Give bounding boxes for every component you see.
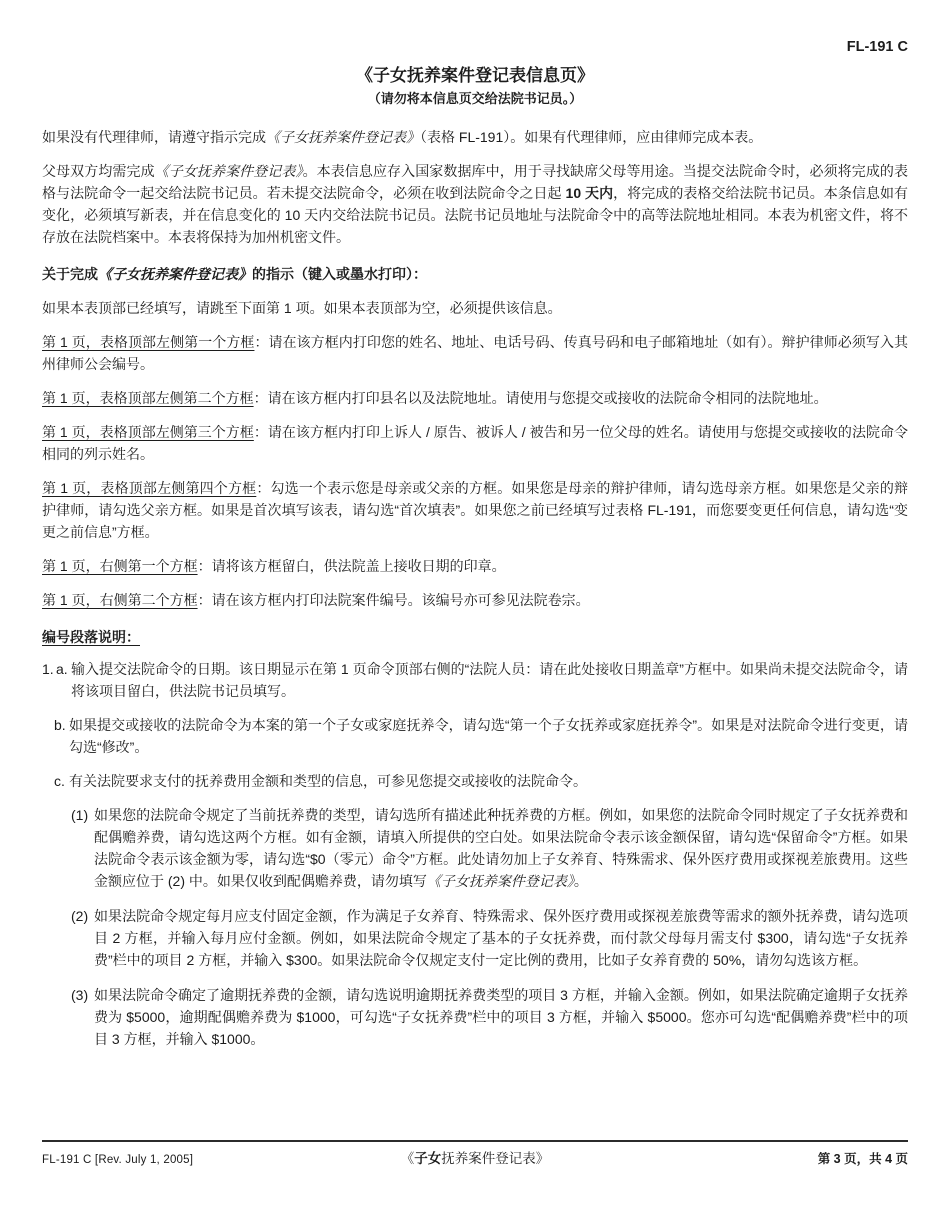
item-c-letter: c. bbox=[54, 770, 69, 792]
list-item-c2: (2) 如果法院命令规定每月应支付固定金额，作为满足子女养育、特殊需求、保外医疗… bbox=[71, 905, 908, 971]
list-item-c1: (1) 如果您的法院命令规定了当前抚养费的类型，请勾选所有描述此种抚养费的方框。… bbox=[71, 804, 908, 892]
right-box-2-colon: ： bbox=[198, 592, 212, 608]
intro-paragraph-1: 如果没有代理律师，请遵守指示完成《子女抚养案件登记表》（表格 FL-191）。如… bbox=[42, 126, 908, 148]
box-3-lead: 第 1 页，表格顶部左侧第三个方框 bbox=[42, 424, 254, 440]
intro-p2-pre: 父母双方均需完成 bbox=[42, 163, 155, 179]
intro-p1-post: （表格 FL-191）。如果有代理律师，应由律师完成本表。 bbox=[420, 129, 762, 145]
instructions-heading: 关于完成《子女抚养案件登记表》的指示（键入或墨水打印）： bbox=[42, 263, 908, 285]
intro-paragraph-2: 父母双方均需完成《子女抚养案件登记表》。本表信息应存入国家数据库中，用于寻找缺席… bbox=[42, 160, 908, 248]
footer-title-open: 《 bbox=[401, 1151, 415, 1166]
list-item-b: b. 如果提交或接收的法院命令为本案的第一个子女或家庭抚养令，请勾选“第一个子女… bbox=[54, 714, 908, 758]
form-name-italic: 《子女抚养案件登记表》 bbox=[155, 163, 303, 179]
item-c1-post: 。 bbox=[574, 873, 588, 889]
intro-p1-pre: 如果没有代理律师，请遵守指示完成 bbox=[42, 129, 266, 145]
footer-form-revision: FL-191 C [Rev. July 1, 2005] bbox=[42, 1149, 313, 1171]
item-a-letter: a. bbox=[56, 658, 71, 702]
right-box-1-lead: 第 1 页，右侧第一个方框 bbox=[42, 558, 198, 574]
item-1-number: 1. bbox=[42, 658, 56, 702]
page-title: 《子女抚养案件登记表信息页》 bbox=[42, 64, 908, 88]
box-1-colon: ： bbox=[254, 334, 268, 350]
right-box-2-lead: 第 1 页，右侧第二个方框 bbox=[42, 592, 198, 608]
instructions-heading-post: 的指示（键入或墨水打印）： bbox=[252, 266, 427, 282]
form-name-italic: 《子女抚养案件登记表》 bbox=[266, 129, 420, 145]
item-1a-text: 输入提交法院命令的日期。该日期显示在第 1 页命令顶部右侧的“法院人员：请在此处… bbox=[71, 658, 908, 702]
item-c3-number: (3) bbox=[71, 984, 94, 1050]
box-2-lead: 第 1 页，表格顶部左侧第二个方框 bbox=[42, 390, 254, 406]
box-2-text: 请在该方框内打印县名以及法院地址。请使用与您提交或接收的法院命令相同的法院地址。 bbox=[268, 390, 828, 406]
box-3-colon: ： bbox=[254, 424, 268, 440]
box-1-lead: 第 1 页，表格顶部左侧第一个方框 bbox=[42, 334, 254, 350]
box-4-colon: ： bbox=[256, 480, 270, 496]
right-box-1-text: 请将该方框留白，供法院盖上接收日期的印章。 bbox=[212, 558, 506, 574]
form-name-italic: 《子女抚养案件登记表》 bbox=[427, 873, 574, 889]
ten-days-bold: 10 天内 bbox=[566, 185, 614, 201]
instructions-note: 如果本表顶部已经填写，请跳至下面第 1 项。如果本表顶部为空，必须提供该信息。 bbox=[42, 297, 908, 319]
item-b-text: 如果提交或接收的法院命令为本案的第一个子女或家庭抚养令，请勾选“第一个子女抚养或… bbox=[69, 714, 908, 758]
item-c3-pre: 如果法院命令确定了逾期抚养费的金额，请勾选说明逾期抚养费类型的项目 3 方框，并… bbox=[94, 987, 908, 1047]
page-content: FL-191 C 《子女抚养案件登记表信息页》 （请勿将本信息页交给法院书记员。… bbox=[0, 0, 950, 1050]
right-box-1-colon: ： bbox=[198, 558, 212, 574]
form-name-bold-italic: 《子女抚养案件登记表》 bbox=[98, 266, 252, 282]
item-c1-text: 如果您的法院命令规定了当前抚养费的类型，请勾选所有描述此种抚养费的方框。例如，如… bbox=[94, 804, 908, 892]
right-box-2-text: 请在该方框内打印法院案件编号。该编号亦可参见法院卷宗。 bbox=[212, 592, 590, 608]
numbered-paragraphs-heading: 编号段落说明： bbox=[42, 626, 908, 648]
list-item-c: c. 有关法院要求支付的抚养费用金额和类型的信息，可参见您提交或接收的法院命令。 bbox=[54, 770, 908, 792]
form-number: FL-191 C bbox=[42, 0, 908, 58]
box-instruction-right-2: 第 1 页，右侧第二个方框：请在该方框内打印法院案件编号。该编号亦可参见法院卷宗… bbox=[42, 589, 908, 611]
list-item-c3: (3) 如果法院命令确定了逾期抚养费的金额，请勾选说明逾期抚养费类型的项目 3 … bbox=[71, 984, 908, 1050]
box-instruction-right-1: 第 1 页，右侧第一个方框：请将该方框留白，供法院盖上接收日期的印章。 bbox=[42, 555, 908, 577]
item-c2-text: 如果法院命令规定每月应支付固定金额，作为满足子女养育、特殊需求、保外医疗费用或探… bbox=[94, 905, 908, 971]
footer-form-title: 《子女抚养案件登记表》 bbox=[313, 1148, 638, 1170]
box-instruction-3: 第 1 页，表格顶部左侧第三个方框：请在该方框内打印上诉人 / 原告、被诉人 /… bbox=[42, 421, 908, 465]
item-c-text: 有关法院要求支付的抚养费用金额和类型的信息，可参见您提交或接收的法院命令。 bbox=[69, 770, 908, 792]
box-4-lead: 第 1 页，表格顶部左侧第四个方框 bbox=[42, 480, 256, 496]
page-footer: FL-191 C [Rev. July 1, 2005] 《子女抚养案件登记表》… bbox=[42, 1140, 908, 1171]
footer-title-bold: 子女 bbox=[414, 1151, 441, 1166]
box-2-colon: ： bbox=[254, 390, 268, 406]
item-c3-text: 如果法院命令确定了逾期抚养费的金额，请勾选说明逾期抚养费类型的项目 3 方框，并… bbox=[94, 984, 908, 1050]
item-c2-pre: 如果法院命令规定每月应支付固定金额，作为满足子女养育、特殊需求、保外医疗费用或探… bbox=[94, 908, 908, 968]
footer-title-rest: 抚养案件登记表》 bbox=[441, 1151, 549, 1166]
document-page: FL-191 C 《子女抚养案件登记表信息页》 （请勿将本信息页交给法院书记员。… bbox=[0, 0, 950, 1230]
item-b-letter: b. bbox=[54, 714, 69, 758]
box-instruction-4: 第 1 页，表格顶部左侧第四个方框：勾选一个表示您是母亲或父亲的方框。如果您是母… bbox=[42, 477, 908, 543]
footer-page-number: 第 3 页，共 4 页 bbox=[637, 1148, 908, 1170]
box-instruction-1: 第 1 页，表格顶部左侧第一个方框：请在该方框内打印您的姓名、地址、电话号码、传… bbox=[42, 331, 908, 375]
box-instruction-2: 第 1 页，表格顶部左侧第二个方框：请在该方框内打印县名以及法院地址。请使用与您… bbox=[42, 387, 908, 409]
item-c2-number: (2) bbox=[71, 905, 94, 971]
instructions-heading-pre: 关于完成 bbox=[42, 266, 98, 282]
list-item-1a: 1. a. 输入提交法院命令的日期。该日期显示在第 1 页命令顶部右侧的“法院人… bbox=[42, 658, 908, 702]
page-subtitle: （请勿将本信息页交给法院书记员。） bbox=[42, 90, 908, 108]
item-c1-number: (1) bbox=[71, 804, 94, 892]
